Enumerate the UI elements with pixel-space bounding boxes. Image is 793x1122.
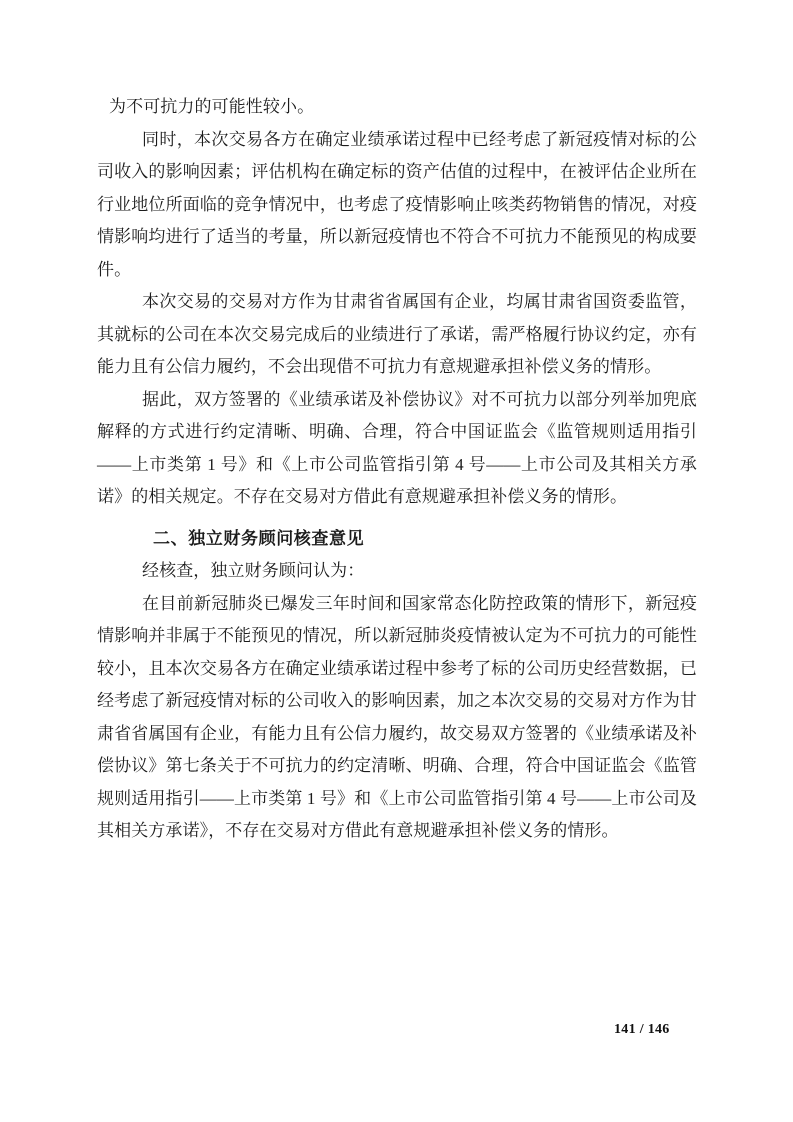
section-heading: 二、独立财务顾问核查意见	[97, 523, 697, 556]
paragraph: 经核查，独立财务顾问认为：	[97, 555, 697, 588]
document-page: 为不可抗力的可能性较小。同时，本次交易各方在确定业绩承诺过程中已经考虑了新冠疫情…	[0, 0, 793, 1122]
paragraph: 本次交易的交易对方作为甘肃省省属国有企业，均属甘肃省国资委监管，其就标的公司在本…	[97, 286, 697, 384]
paragraph: 在目前新冠肺炎已爆发三年时间和国家常态化防控政策的情形下，新冠疫情影响并非属于不…	[97, 588, 697, 848]
paragraph: 据此，双方签署的《业绩承诺及补偿协议》对不可抗力以部分列举加兜底解释的方式进行约…	[97, 384, 697, 514]
page-number: 141 / 146	[614, 1022, 670, 1038]
document-body: 为不可抗力的可能性较小。同时，本次交易各方在确定业绩承诺过程中已经考虑了新冠疫情…	[97, 91, 697, 848]
paragraph: 为不可抗力的可能性较小。	[97, 91, 697, 124]
paragraph: 同时，本次交易各方在确定业绩承诺过程中已经考虑了新冠疫情对标的公司收入的影响因素…	[97, 124, 697, 287]
